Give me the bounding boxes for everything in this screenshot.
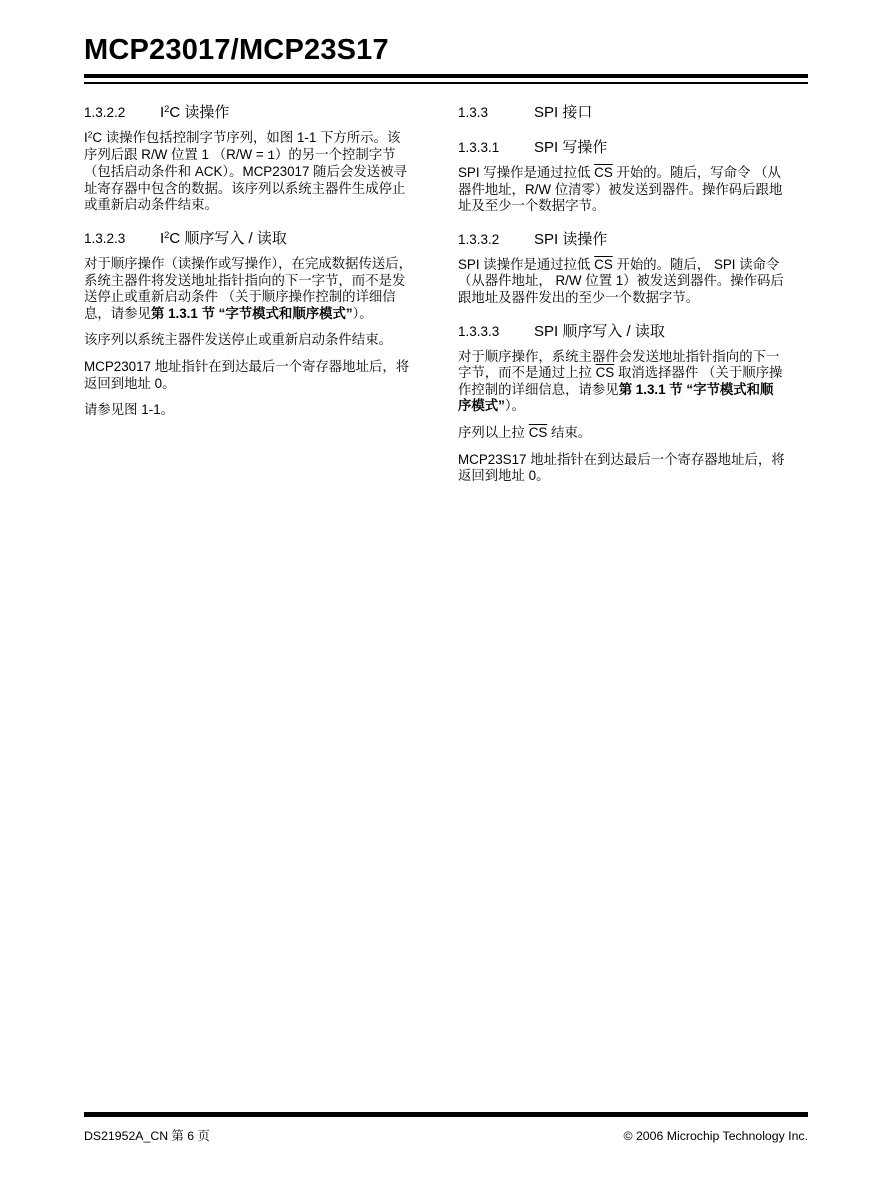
content-columns: 1.3.2.2I2C 读操作 I2C 读操作包括控制字节序列，如图 1-1 下方… bbox=[84, 103, 810, 495]
section-number: 1.3.2.3 bbox=[84, 229, 160, 249]
text-run: ）。 bbox=[505, 398, 525, 413]
text-run: 请参见图 1-1。 bbox=[84, 402, 174, 417]
section-title: SPI 写操作 bbox=[534, 139, 607, 156]
doc-number-page: DS21952A_CN 第 6 页 bbox=[84, 1129, 210, 1144]
paragraph-see-figure: 请参见图 1-1。 bbox=[84, 402, 436, 419]
paragraph-cs-end: 序列以上拉 CS 结束。 bbox=[458, 425, 810, 442]
section-title: SPI 读操作 bbox=[534, 231, 607, 248]
text-run: 1 bbox=[267, 148, 275, 163]
text-run: SPI 读操作 bbox=[534, 231, 607, 248]
paragraph-sequence-end: 该序列以系统主器件发送停止或重新启动条件结束。 bbox=[84, 332, 436, 349]
text-run: C 读操作 bbox=[169, 104, 229, 121]
paragraph-address-pointer: MCP23017 地址指针在到达最后一个寄存器地址后，将 返回到地址 0。 bbox=[84, 359, 436, 392]
section-number: 1.3.3.1 bbox=[458, 138, 534, 158]
datasheet-page: MCP23017/MCP23S17 1.3.2.2I2C 读操作 I2C 读操作… bbox=[0, 0, 892, 1188]
text-run: MCP23S17 地址指针在到达最后一个寄存器地址后，将 返回到地址 0。 bbox=[458, 452, 785, 484]
text-run: CS bbox=[594, 165, 613, 180]
section-heading-1-3-3-3: 1.3.3.3SPI 顺序写入 / 读取 bbox=[458, 322, 810, 342]
section-number: 1.3.3.3 bbox=[458, 322, 534, 342]
paragraph-i2c-sequential: 对于顺序操作（读操作或写操作），在完成数据传送后， 系统主器件将发送地址指针指向… bbox=[84, 256, 436, 322]
section-number: 1.3.3 bbox=[458, 103, 534, 123]
section-heading-1-3-3-2: 1.3.3.2SPI 读操作 bbox=[458, 230, 810, 250]
right-column: 1.3.3SPI 接口 1.3.3.1SPI 写操作 SPI 写操作是通过拉低 … bbox=[458, 103, 810, 495]
section-title: I2C 顺序写入 / 读取 bbox=[160, 230, 287, 247]
text-run: SPI 写操作是通过拉低 bbox=[458, 165, 594, 180]
section-heading-1-3-2-2: 1.3.2.2I2C 读操作 bbox=[84, 103, 436, 123]
text-run: SPI 读操作是通过拉低 bbox=[458, 257, 594, 272]
section-heading-1-3-3: 1.3.3SPI 接口 bbox=[458, 103, 810, 123]
section-heading-1-3-2-3: 1.3.2.3I2C 顺序写入 / 读取 bbox=[84, 229, 436, 249]
page-title: MCP23017/MCP23S17 bbox=[84, 34, 389, 67]
text-run: MCP23017 地址指针在到达最后一个寄存器地址后，将 返回到地址 0。 bbox=[84, 359, 409, 391]
paragraph-spi-read: SPI 读操作是通过拉低 CS 开始的。随后， SPI 读命令 （从器件地址， … bbox=[458, 257, 810, 307]
header-rule bbox=[84, 74, 808, 84]
text-run: CS bbox=[596, 365, 615, 380]
text-run: 第 1.3.1 节 “字节模式和顺序模式” bbox=[151, 306, 353, 321]
section-number: 1.3.3.2 bbox=[458, 230, 534, 250]
text-run: SPI 写操作 bbox=[534, 139, 607, 156]
text-run: 该序列以系统主器件发送停止或重新启动条件结束。 bbox=[84, 332, 392, 347]
text-run: CS bbox=[594, 257, 613, 272]
copyright: © 2006 Microchip Technology Inc. bbox=[623, 1129, 808, 1144]
section-number: 1.3.2.2 bbox=[84, 103, 160, 123]
footer: DS21952A_CN 第 6 页 © 2006 Microchip Techn… bbox=[84, 1129, 808, 1144]
text-run: C 顺序写入 / 读取 bbox=[169, 230, 287, 247]
text-run: 结束。 bbox=[547, 425, 591, 440]
paragraph-i2c-read: I2C 读操作包括控制字节序列，如图 1-1 下方所示。该 序列后跟 R/W 位… bbox=[84, 130, 436, 214]
text-run: SPI 接口 bbox=[534, 104, 592, 121]
text-run: ）。 bbox=[353, 306, 373, 321]
section-title: SPI 顺序写入 / 读取 bbox=[534, 323, 665, 340]
section-heading-1-3-3-1: 1.3.3.1SPI 写操作 bbox=[458, 138, 810, 158]
paragraph-spi-write: SPI 写操作是通过拉低 CS 开始的。随后，写命令 （从 器件地址，R/W 位… bbox=[458, 165, 810, 215]
paragraph-address-pointer-spi: MCP23S17 地址指针在到达最后一个寄存器地址后，将 返回到地址 0。 bbox=[458, 452, 810, 485]
section-title: I2C 读操作 bbox=[160, 104, 229, 121]
section-title: SPI 接口 bbox=[534, 104, 592, 121]
footer-rule bbox=[84, 1112, 808, 1117]
text-run: SPI 顺序写入 / 读取 bbox=[534, 323, 665, 340]
left-column: 1.3.2.2I2C 读操作 I2C 读操作包括控制字节序列，如图 1-1 下方… bbox=[84, 103, 436, 429]
text-run: CS bbox=[529, 425, 548, 440]
paragraph-spi-sequential: 对于顺序操作，系统主器件会发送地址指针指向的下一 字节，而不是通过上拉 CS 取… bbox=[458, 349, 810, 415]
text-run: 序列以上拉 bbox=[458, 425, 529, 440]
